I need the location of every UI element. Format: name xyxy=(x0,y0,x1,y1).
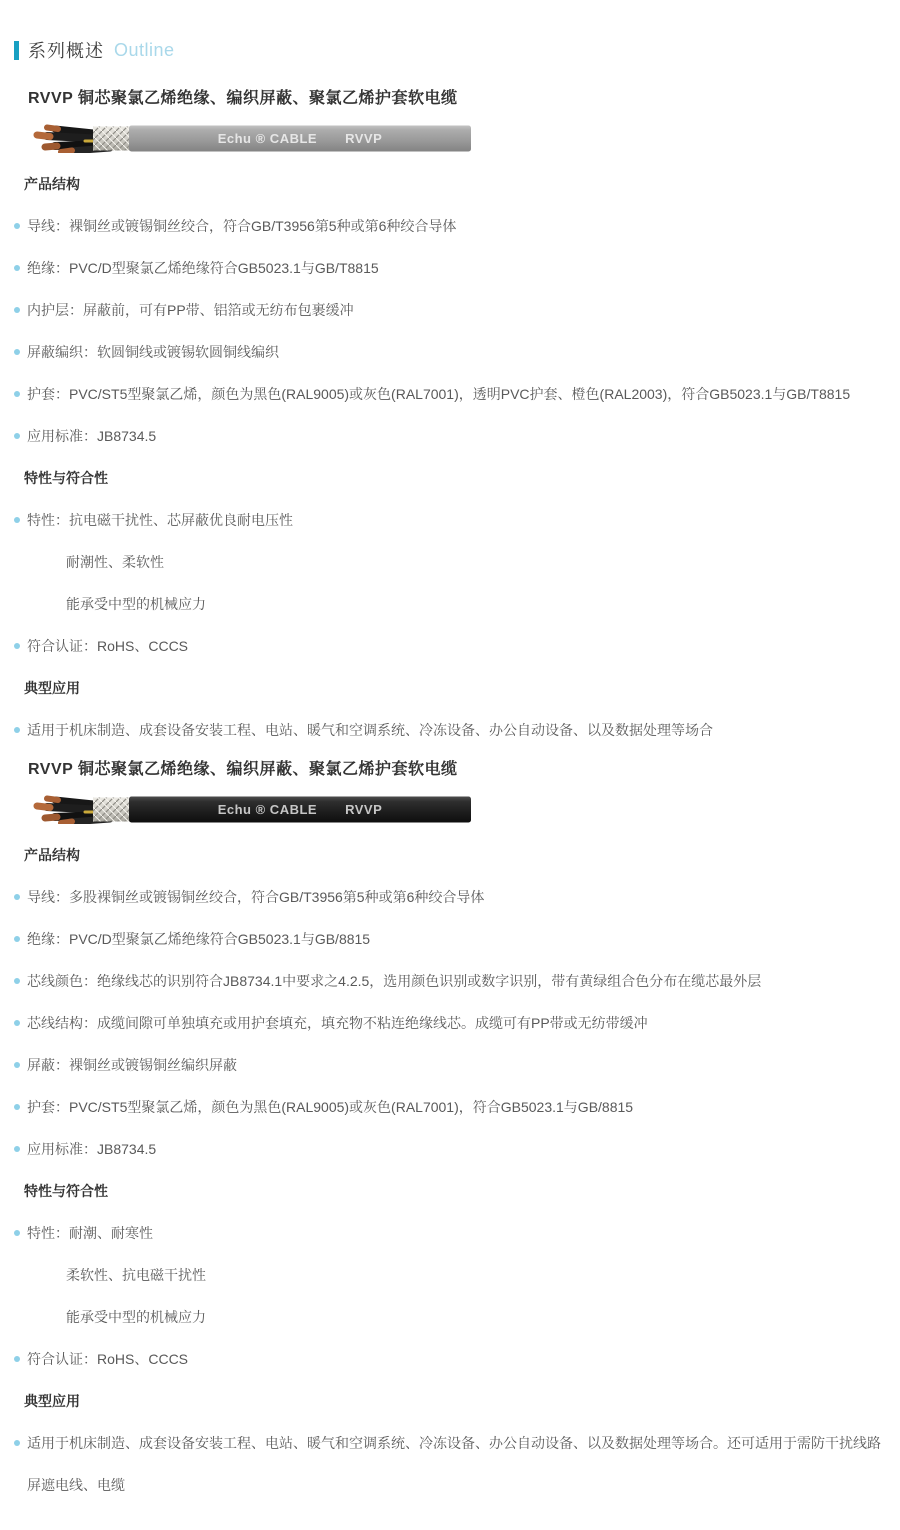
spec-item: 导线：裸铜丝或镀锡铜丝绞合，符合GB/T3956第5种或第6种绞合导体 xyxy=(14,205,886,247)
section-header: 系列概述 Outline xyxy=(14,38,886,62)
spec-list: 适用于机床制造、成套设备安装工程、电站、暖气和空调系统、冷冻设备、办公自动设备、… xyxy=(14,1422,886,1506)
cable-brand-text: Echu ® CABLE xyxy=(218,802,317,817)
spec-item: 符合认证：RoHS、CCCS xyxy=(14,625,886,667)
item-text: 屏蔽编织：软圆铜线或镀锡软圆铜线编织 xyxy=(27,344,279,360)
spec-item-continuation: 柔软性、抗电磁干扰性 xyxy=(14,1254,886,1296)
bullet-icon xyxy=(14,1356,20,1362)
spec-list: 特性：耐潮、耐寒性 柔软性、抗电磁干扰性 能承受中型的机械应力 符合认证：RoH… xyxy=(14,1212,886,1380)
spec-item: 特性：抗电磁干扰性、芯屏蔽优良耐电压性 xyxy=(14,499,886,541)
accent-bar-icon xyxy=(14,41,19,60)
item-text: 护套：PVC/ST5型聚氯乙烯，颜色为黑色(RAL9005)或灰色(RAL700… xyxy=(27,1099,633,1115)
bullet-icon xyxy=(14,223,20,229)
item-text: 能承受中型的机械应力 xyxy=(66,1309,206,1325)
item-text: 芯线结构：成缆间隙可单独填充或用护套填充，填充物不粘连绝缘线芯。成缆可有PP带或… xyxy=(27,1015,648,1031)
spec-item: 特性：耐潮、耐寒性 xyxy=(14,1212,886,1254)
block-heading: 典型应用 xyxy=(14,1380,886,1422)
cable-brand-text: Echu ® CABLE xyxy=(218,131,317,146)
spec-item: 屏蔽编织：软圆铜线或镀锡软圆铜线编织 xyxy=(14,331,886,373)
bullet-icon xyxy=(14,349,20,355)
item-text: 绝缘：PVC/D型聚氯乙烯绝缘符合GB5023.1与GB/8815 xyxy=(27,931,370,947)
bullet-icon xyxy=(14,1146,20,1152)
bullet-icon xyxy=(14,1440,20,1446)
spec-item-continuation: 耐潮性、柔软性 xyxy=(14,541,886,583)
bullet-icon xyxy=(14,391,20,397)
cable-model-text: RVVP xyxy=(345,802,382,817)
item-text: 芯线颜色：绝缘线芯的识别符合JB8734.1中要求之4.2.5，选用颜色识别或数… xyxy=(27,973,761,989)
spec-list: 适用于机床制造、成套设备安装工程、电站、暖气和空调系统、冷冻设备、办公自动设备、… xyxy=(14,709,886,751)
spec-item-continuation: 能承受中型的机械应力 xyxy=(14,1296,886,1338)
bullet-icon xyxy=(14,1062,20,1068)
item-text: 符合认证：RoHS、CCCS xyxy=(27,1351,188,1367)
spec-item: 内护层：屏蔽前，可有PP带、铝箔或无纺布包裹缓冲 xyxy=(14,289,886,331)
item-text: 应用标准：JB8734.5 xyxy=(27,1141,156,1157)
product-title: RVVP 铜芯聚氯乙烯绝缘、编织屏蔽、聚氯乙烯护套软电缆 xyxy=(14,759,886,781)
cable-print: Echu ® CABLE RVVP xyxy=(129,795,471,824)
bullet-icon xyxy=(14,978,20,984)
item-text: 柔软性、抗电磁干扰性 xyxy=(66,1267,206,1283)
block-heading: 特性与符合性 xyxy=(14,1170,886,1212)
spec-list: 导线：裸铜丝或镀锡铜丝绞合，符合GB/T3956第5种或第6种绞合导体 绝缘：P… xyxy=(14,205,886,457)
item-text: 耐潮性、柔软性 xyxy=(66,554,164,570)
spec-item: 适用于机床制造、成套设备安装工程、电站、暖气和空调系统、冷冻设备、办公自动设备、… xyxy=(14,1422,886,1506)
spec-item: 绝缘：PVC/D型聚氯乙烯绝缘符合GB5023.1与GB/8815 xyxy=(14,918,886,960)
item-text: 导线：多股裸铜丝或镀锡铜丝绞合，符合GB/T3956第5种或第6种绞合导体 xyxy=(27,889,484,905)
spec-item: 芯线颜色：绝缘线芯的识别符合JB8734.1中要求之4.2.5，选用颜色识别或数… xyxy=(14,960,886,1002)
bullet-icon xyxy=(14,1104,20,1110)
spec-item: 符合认证：RoHS、CCCS xyxy=(14,1338,886,1380)
item-text: 内护层：屏蔽前，可有PP带、铝箔或无纺布包裹缓冲 xyxy=(27,302,354,318)
spec-item: 屏蔽：裸铜丝或镀锡铜丝编织屏蔽 xyxy=(14,1044,886,1086)
spec-item: 芯线结构：成缆间隙可单独填充或用护套填充，填充物不粘连绝缘线芯。成缆可有PP带或… xyxy=(14,1002,886,1044)
item-text: 应用标准：JB8734.5 xyxy=(27,428,156,444)
product-title: RVVP 铜芯聚氯乙烯绝缘、编织屏蔽、聚氯乙烯护套软电缆 xyxy=(14,88,886,110)
item-text: 适用于机床制造、成套设备安装工程、电站、暖气和空调系统、冷冻设备、办公自动设备、… xyxy=(27,722,713,738)
cable-model-text: RVVP xyxy=(345,131,382,146)
bullet-icon xyxy=(14,894,20,900)
bullet-icon xyxy=(14,936,20,942)
bullet-icon xyxy=(14,1020,20,1026)
section-2-content: 产品结构 导线：多股裸铜丝或镀锡铜丝绞合，符合GB/T3956第5种或第6种绞合… xyxy=(14,834,886,1506)
spec-item: 导线：多股裸铜丝或镀锡铜丝绞合，符合GB/T3956第5种或第6种绞合导体 xyxy=(14,876,886,918)
block-heading: 产品结构 xyxy=(14,834,886,876)
spec-item: 护套：PVC/ST5型聚氯乙烯，颜色为黑色(RAL9005)或灰色(RAL700… xyxy=(14,373,886,415)
bullet-icon xyxy=(14,433,20,439)
item-text: 特性：耐潮、耐寒性 xyxy=(27,1225,153,1241)
bullet-icon xyxy=(14,643,20,649)
page: 系列概述 Outline RVVP 铜芯聚氯乙烯绝缘、编织屏蔽、聚氯乙烯护套软电… xyxy=(0,0,900,1506)
item-text: 适用于机床制造、成套设备安装工程、电站、暖气和空调系统、冷冻设备、办公自动设备、… xyxy=(27,1435,881,1493)
block-heading: 典型应用 xyxy=(14,667,886,709)
item-text: 特性：抗电磁干扰性、芯屏蔽优良耐电压性 xyxy=(27,512,293,528)
section-title-en: Outline xyxy=(114,40,175,61)
item-text: 能承受中型的机械应力 xyxy=(66,596,206,612)
block-heading: 产品结构 xyxy=(14,163,886,205)
spec-item: 护套：PVC/ST5型聚氯乙烯，颜色为黑色(RAL9005)或灰色(RAL700… xyxy=(14,1086,886,1128)
bullet-icon xyxy=(14,1230,20,1236)
bullet-icon xyxy=(14,265,20,271)
spec-list: 特性：抗电磁干扰性、芯屏蔽优良耐电压性 耐潮性、柔软性 能承受中型的机械应力 符… xyxy=(14,499,886,667)
cable-image-black: Echu ® CABLE RVVP xyxy=(25,795,471,824)
spec-list: 导线：多股裸铜丝或镀锡铜丝绞合，符合GB/T3956第5种或第6种绞合导体 绝缘… xyxy=(14,876,886,1170)
section-1-content: 产品结构 导线：裸铜丝或镀锡铜丝绞合，符合GB/T3956第5种或第6种绞合导体… xyxy=(14,163,886,751)
cable-image-gray: Echu ® CABLE RVVP xyxy=(25,124,471,153)
spec-item: 应用标准：JB8734.5 xyxy=(14,1128,886,1170)
spec-item: 适用于机床制造、成套设备安装工程、电站、暖气和空调系统、冷冻设备、办公自动设备、… xyxy=(14,709,886,751)
bullet-icon xyxy=(14,517,20,523)
bullet-icon xyxy=(14,727,20,733)
spec-item: 应用标准：JB8734.5 xyxy=(14,415,886,457)
item-text: 绝缘：PVC/D型聚氯乙烯绝缘符合GB5023.1与GB/T8815 xyxy=(27,260,379,276)
section-title-cn: 系列概述 xyxy=(28,37,104,63)
item-text: 符合认证：RoHS、CCCS xyxy=(27,638,188,654)
bullet-icon xyxy=(14,307,20,313)
spec-item: 绝缘：PVC/D型聚氯乙烯绝缘符合GB5023.1与GB/T8815 xyxy=(14,247,886,289)
cable-print: Echu ® CABLE RVVP xyxy=(129,124,471,153)
item-text: 护套：PVC/ST5型聚氯乙烯，颜色为黑色(RAL9005)或灰色(RAL700… xyxy=(27,386,850,402)
spec-item-continuation: 能承受中型的机械应力 xyxy=(14,583,886,625)
item-text: 导线：裸铜丝或镀锡铜丝绞合，符合GB/T3956第5种或第6种绞合导体 xyxy=(27,218,456,234)
block-heading: 特性与符合性 xyxy=(14,457,886,499)
item-text: 屏蔽：裸铜丝或镀锡铜丝编织屏蔽 xyxy=(27,1057,237,1073)
